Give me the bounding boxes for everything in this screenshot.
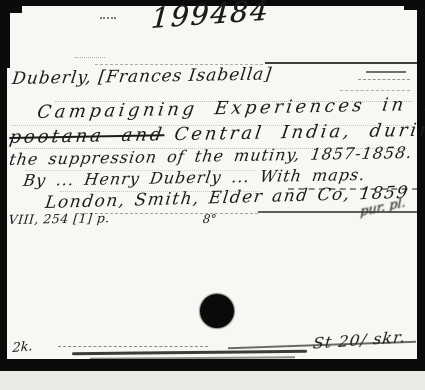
ruled-line-artifact <box>265 62 418 64</box>
bottom-left-mark: 2k. <box>12 339 33 356</box>
ruled-line-artifact <box>100 17 116 19</box>
smudge-mark <box>58 346 208 347</box>
format-mark: 8° <box>202 212 217 226</box>
catalog-card-scan: 199484 Duberly, [Frances Isabella] Campa… <box>0 0 425 390</box>
title-line-2-rest: Central India, during <box>173 119 425 145</box>
frame-edge-blob <box>0 0 10 68</box>
struck-text: pootana and <box>8 124 166 148</box>
hole-punch <box>200 294 234 328</box>
ruled-line-artifact <box>75 57 105 58</box>
ruled-line-artifact <box>340 90 410 91</box>
scan-margin-strip <box>0 371 425 390</box>
ruled-line-artifact <box>366 71 406 73</box>
frame-corner-blob <box>404 0 425 10</box>
ruled-line-artifact <box>358 79 410 80</box>
collation-note: VIII, 254 [1] p. <box>8 210 111 227</box>
